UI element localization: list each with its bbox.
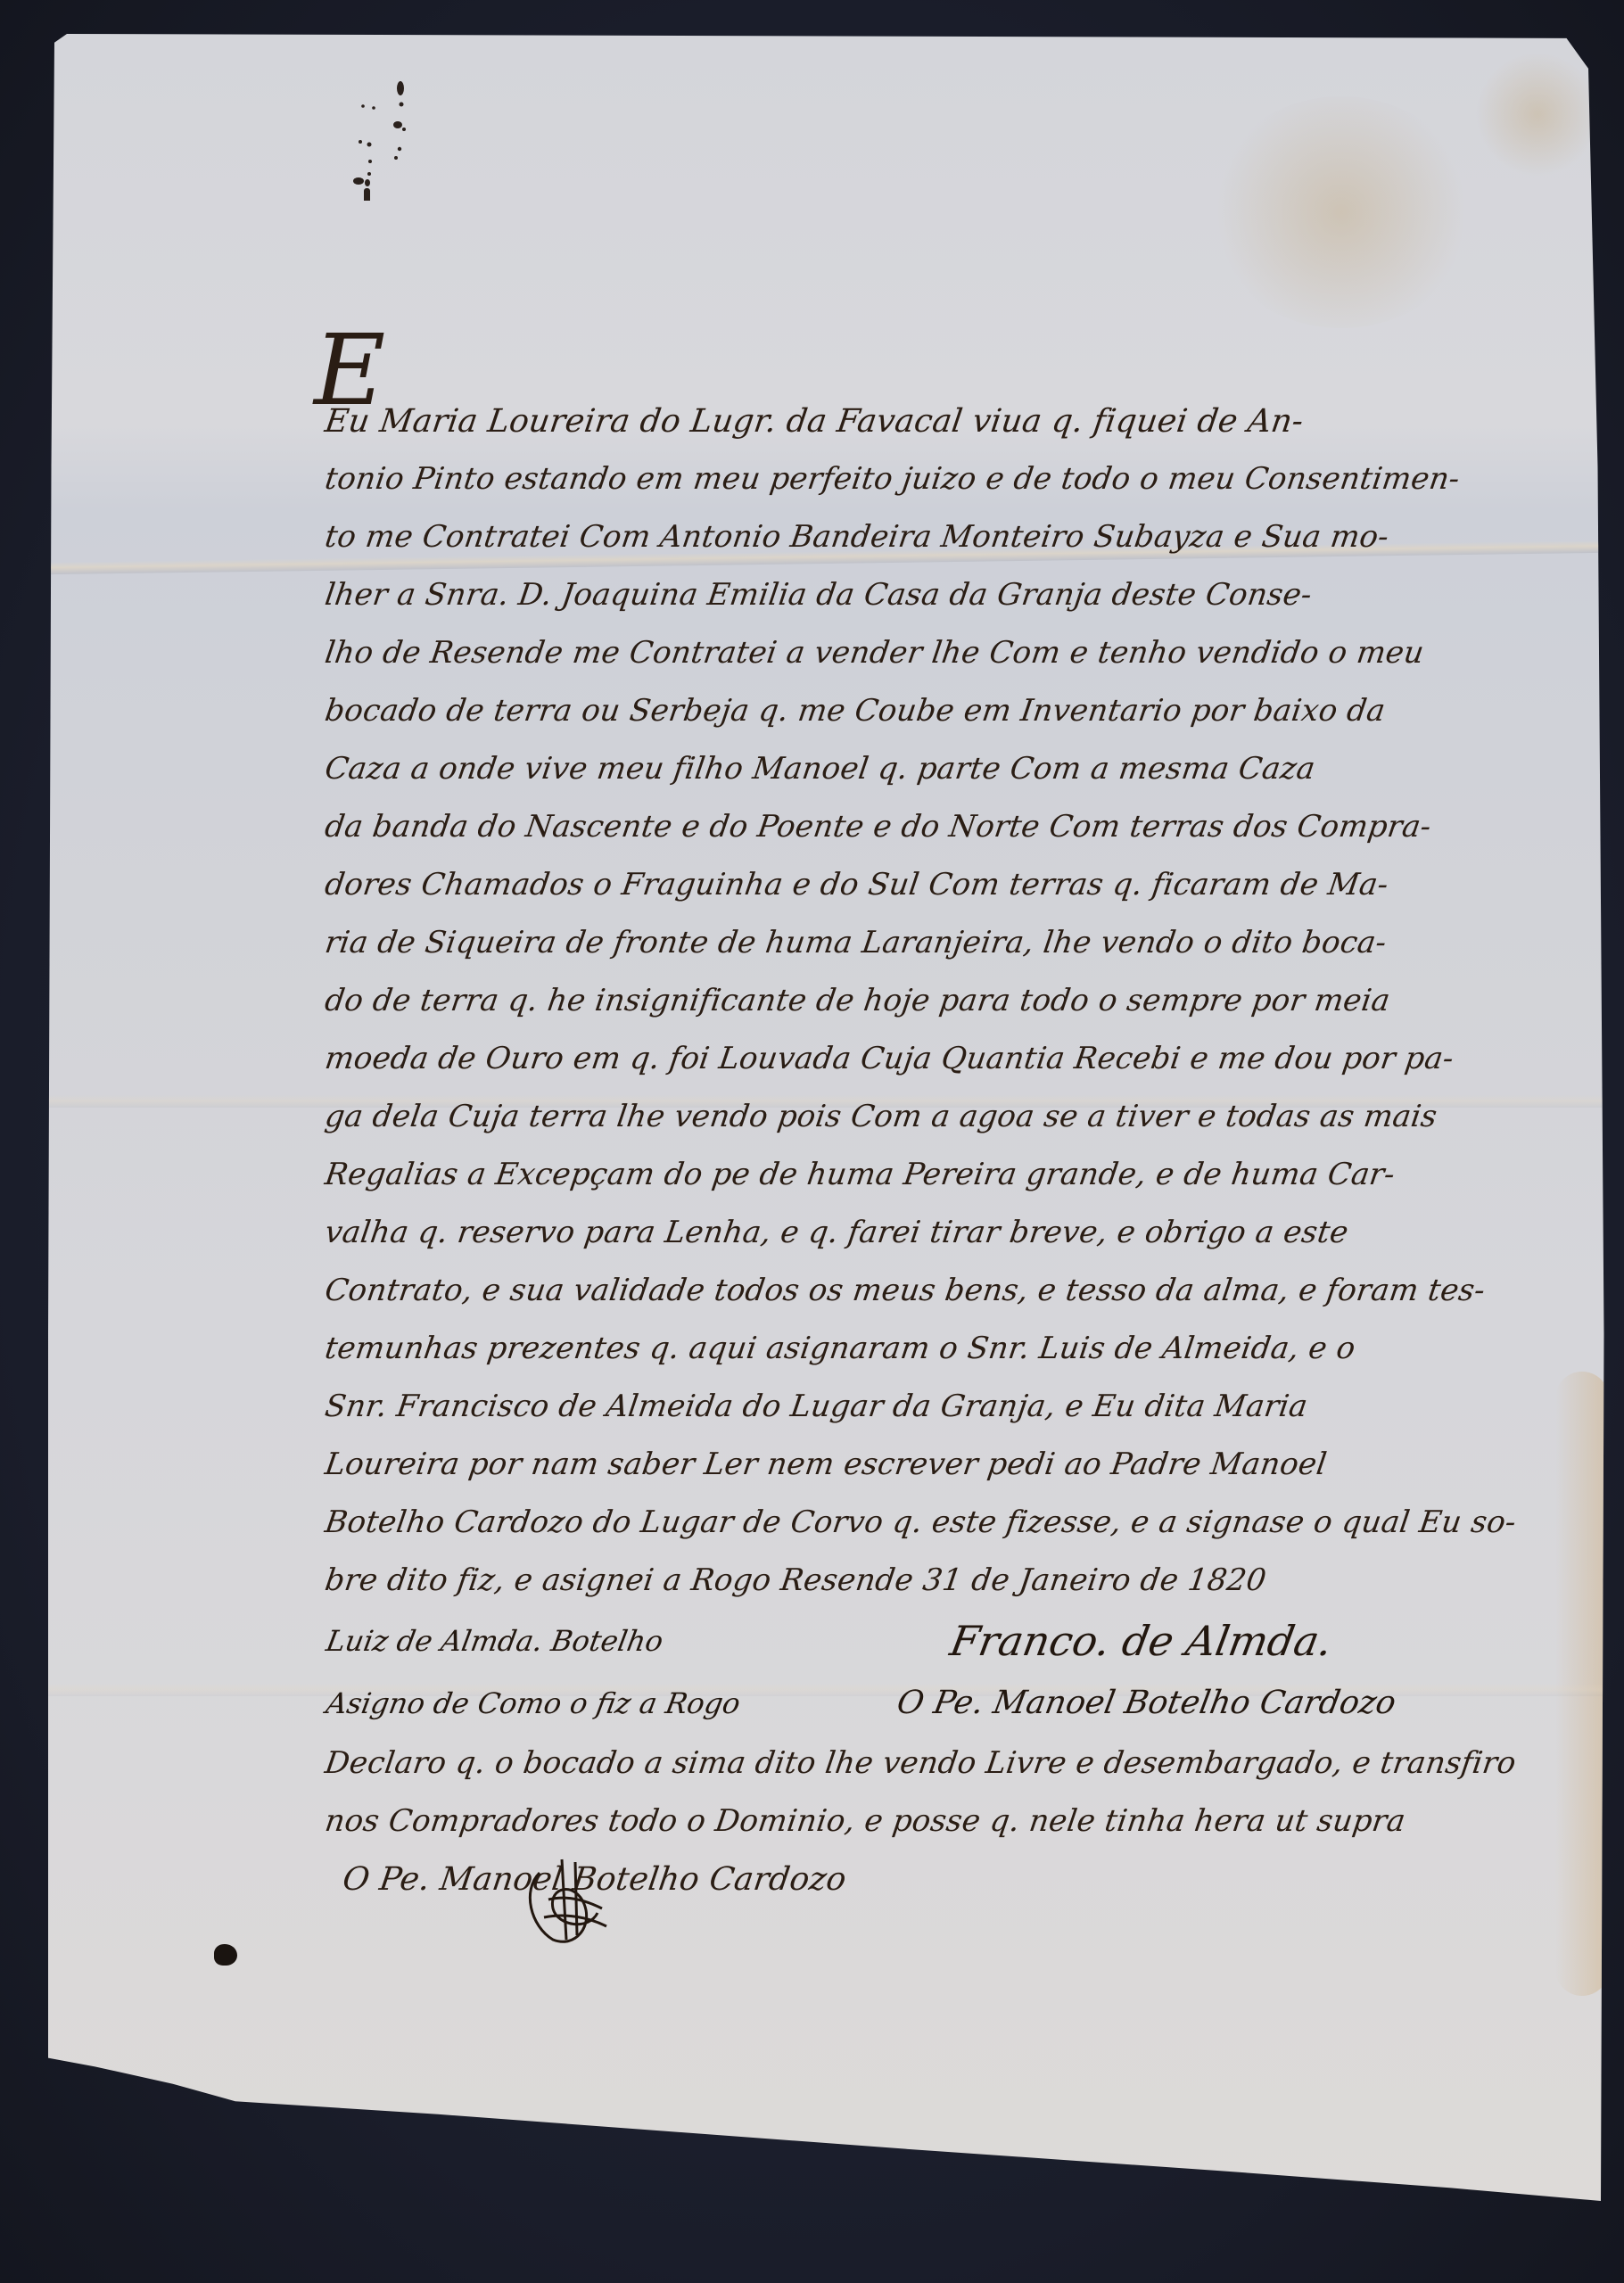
- text-line: valha q. reservo para Lenha, e q. farei …: [321, 1204, 1542, 1262]
- text-line: Contrato, e sua validade todos os meus b…: [321, 1262, 1542, 1320]
- text-line: lher a Snra. D. Joaquina Emilia da Casa …: [321, 566, 1542, 624]
- signature-block: Luiz de Almda. Botelho Franco. de Almda.…: [321, 1610, 1534, 1735]
- text-line: Botelho Cardozo do Lugar de Corvo q. est…: [321, 1494, 1542, 1552]
- witness-signature-luiz: Luiz de Almda. Botelho: [321, 1610, 668, 1672]
- text-line: da banda do Nascente e do Poente e do No…: [321, 798, 1542, 856]
- text-line: moeda de Ouro em q. foi Louvada Cuja Qua…: [321, 1030, 1542, 1088]
- text-line: dores Chamados o Fraguinha e do Sul Com …: [321, 856, 1542, 914]
- addendum-line: Declaro q. o bocado a sima dito lhe vend…: [321, 1735, 1542, 1793]
- text-line: lho de Resende me Contratei a vender lhe…: [321, 624, 1542, 682]
- signature-flourish-icon: [513, 1855, 620, 1953]
- signature-row: Asigno de Como o fiz a Rogo O Pe. Manoel…: [321, 1672, 1545, 1735]
- text-line: Regalias a Excepçam do pe de huma Pereir…: [321, 1146, 1542, 1204]
- text-line: to me Contratei Com Antonio Bandeira Mon…: [321, 508, 1542, 566]
- manuscript-text: E Eu Maria Loureira do Lugr. da Favacal …: [321, 392, 1534, 1908]
- addendum-line: nos Compradores todo o Dominio, e posse …: [321, 1793, 1542, 1850]
- text-line: Snr. Francisco de Almeida do Lugar da Gr…: [321, 1378, 1542, 1436]
- text-line: ria de Siqueira de fronte de huma Laranj…: [321, 914, 1542, 972]
- age-stain: [1208, 96, 1475, 328]
- text-line: tonio Pinto estando em meu perfeito juiz…: [321, 450, 1542, 508]
- text-line: do de terra q. he insignificante de hoje…: [321, 972, 1542, 1030]
- corner-stain: [1475, 52, 1600, 177]
- ink-marks: [332, 76, 430, 201]
- text-line: ga dela Cuja terra lhe vendo pois Com a …: [321, 1088, 1542, 1146]
- text-line: bre dito fiz, e asignei a Rogo Resende 3…: [321, 1552, 1542, 1610]
- signature-row: Luiz de Almda. Botelho Franco. de Almda.: [321, 1610, 1545, 1672]
- ink-blot: [214, 1944, 237, 1966]
- notary-statement: Asigno de Como o fiz a Rogo: [321, 1672, 746, 1735]
- final-signature: O Pe. Manoel Botelho Cardozo: [321, 1850, 1542, 1908]
- text-line: Loureira por nam saber Ler nem escrever …: [321, 1436, 1542, 1494]
- text-line: Caza a onde vive meu filho Manoel q. par…: [321, 740, 1542, 798]
- text-line: Eu Maria Loureira do Lugr. da Favacal vi…: [321, 392, 1542, 450]
- witness-signature-francisco: Franco. de Almda.: [945, 1610, 1338, 1672]
- text-line: temunhas prezentes q. aqui asignaram o S…: [321, 1320, 1542, 1378]
- text-line: bocado de terra ou Serbeja q. me Coube e…: [321, 682, 1542, 740]
- priest-signature: O Pe. Manoel Botelho Cardozo: [892, 1672, 1401, 1735]
